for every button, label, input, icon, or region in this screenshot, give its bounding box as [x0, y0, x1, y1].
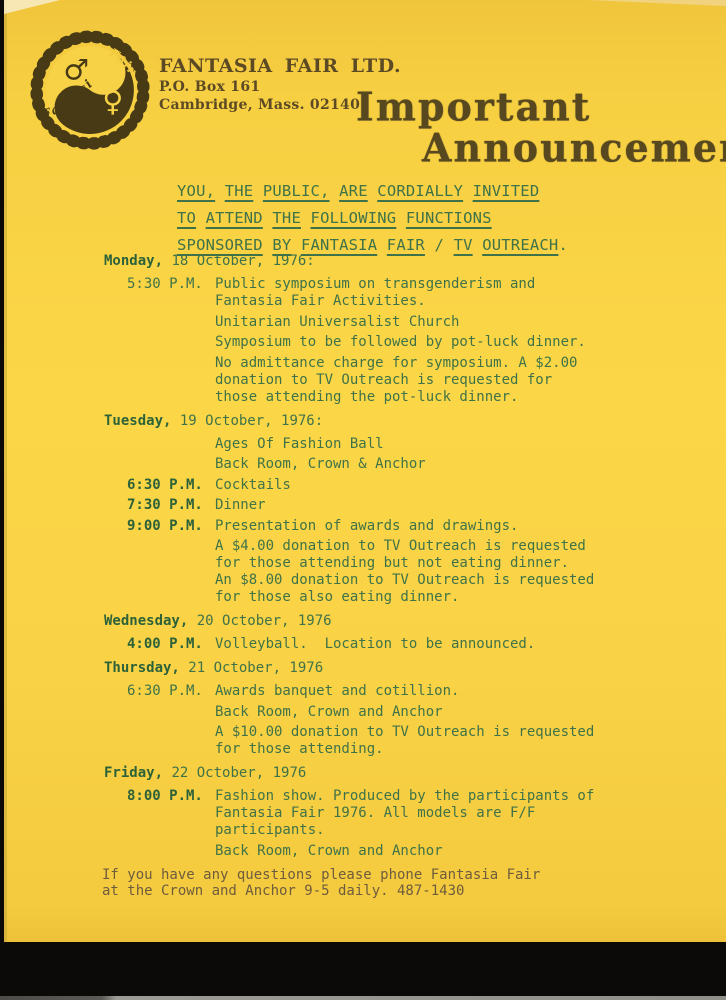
invitation-word: FAIR	[387, 236, 425, 254]
schedule-entry: Back Room, Crown and Anchor	[127, 704, 722, 721]
entry-text: Back Room, Crown and Anchor	[215, 704, 443, 721]
schedule-entry: Ages Of Fashion Ball	[127, 436, 722, 453]
schedule-entry: Symposium to be followed by pot-luck din…	[127, 334, 722, 351]
entry-time: 9:00 P.M.	[127, 518, 215, 535]
entry-time	[127, 704, 215, 721]
schedule-entry: 6:30 P.M.Awards banquet and cotillion.	[127, 683, 722, 700]
invitation-word: CORDIALLY	[377, 182, 463, 200]
invitation-line: TO ATTEND THE FOLLOWING FUNCTIONS	[177, 205, 568, 232]
entry-text-line: Presentation of awards and drawings.	[215, 518, 518, 535]
entry-text: Unitarian Universalist Church	[215, 314, 459, 331]
entry-text-line: Back Room, Crown and Anchor	[215, 704, 443, 721]
fantasia-fair-logo-icon: ♂ ♀ Fantasia Fair	[26, 30, 154, 154]
entry-text-line: A $10.00 donation to TV Outreach is requ…	[215, 724, 594, 741]
schedule-entry: 7:30 P.M.Dinner	[127, 497, 722, 514]
schedule-entry: 8:00 P.M.Fashion show. Produced by the p…	[127, 788, 722, 839]
entry-time	[127, 355, 215, 406]
entry-time	[127, 334, 215, 351]
entry-time: 6:30 P.M.	[127, 477, 215, 494]
day-name: Wednesday,	[104, 613, 188, 629]
invitation-word: SPONSORED	[177, 236, 263, 254]
day-heading: Thursday, 21 October, 1976	[104, 660, 722, 677]
day-section: Monday, 18 October, 1976:5:30 P.M.Public…	[104, 253, 722, 406]
invitation-word: .	[558, 236, 568, 254]
footer-note: If you have any questions please phone F…	[102, 867, 722, 900]
entry-time	[127, 456, 215, 473]
entry-text-line: No admittance charge for symposium. A $2…	[215, 355, 577, 372]
invitation-word: PUBLIC,	[263, 182, 330, 200]
entry-text: Fashion show. Produced by the participan…	[215, 788, 594, 839]
entry-text-line: Fashion show. Produced by the participan…	[215, 788, 594, 805]
day-date: 20 October, 1976	[188, 613, 331, 629]
entry-text-line: Fantasia Fair 1976. All models are F/F	[215, 805, 594, 822]
entry-time: 5:30 P.M.	[127, 276, 215, 310]
day-section: Wednesday, 20 October, 19764:00 P.M.Voll…	[104, 613, 722, 653]
entry-text: Ages Of Fashion Ball	[215, 436, 384, 453]
entry-time	[127, 538, 215, 606]
entry-time: 6:30 P.M.	[127, 683, 215, 700]
entry-text: Dinner	[215, 497, 266, 514]
schedule-entry: A $4.00 donation to TV Outreach is reque…	[127, 538, 722, 606]
entry-text-line: A $4.00 donation to TV Outreach is reque…	[215, 538, 594, 555]
entry-text: Awards banquet and cotillion.	[215, 683, 459, 700]
entry-text-line: donation to TV Outreach is requested for	[215, 372, 577, 389]
entry-text-line: Volleyball. Location to be announced.	[215, 636, 535, 653]
day-section: Thursday, 21 October, 19766:30 P.M.Award…	[104, 660, 722, 758]
invitation-word: THE	[225, 182, 254, 200]
entry-time	[127, 843, 215, 860]
scanner-edge	[0, 996, 726, 1000]
schedule-entry: Back Room, Crown and Anchor	[127, 843, 722, 860]
day-heading: Monday, 18 October, 1976:	[104, 253, 722, 270]
invitation-word: THE	[272, 209, 301, 227]
entry-text: Symposium to be followed by pot-luck din…	[215, 334, 586, 351]
entry-text-line: Dinner	[215, 497, 266, 514]
entry-text-line: An $8.00 donation to TV Outreach is requ…	[215, 572, 594, 589]
day-section: Tuesday, 19 October, 1976:Ages Of Fashio…	[104, 413, 722, 607]
entry-time: 4:00 P.M.	[127, 636, 215, 653]
female-symbol-icon: ♀	[102, 84, 123, 118]
invitation-text: YOU, THE PUBLIC, ARE CORDIALLY INVITEDTO…	[177, 178, 568, 259]
invitation-word: BY	[272, 236, 291, 254]
entry-text: No admittance charge for symposium. A $2…	[215, 355, 577, 406]
invitation-word: INVITED	[473, 182, 540, 200]
schedule-entry: Back Room, Crown & Anchor	[127, 456, 722, 473]
invitation-word: FANTASIA	[301, 236, 377, 254]
invitation-word: ARE	[339, 182, 368, 200]
invitation-word: TO	[177, 209, 196, 227]
entry-time: 7:30 P.M.	[127, 497, 215, 514]
entry-text: Back Room, Crown & Anchor	[215, 456, 426, 473]
entry-text-line: Back Room, Crown and Anchor	[215, 843, 443, 860]
day-name: Thursday,	[104, 660, 180, 676]
invitation-word: FUNCTIONS	[406, 209, 492, 227]
entry-time	[127, 436, 215, 453]
entry-text-line: those attending the pot-luck dinner.	[215, 389, 577, 406]
schedule-entry: Unitarian Universalist Church	[127, 314, 722, 331]
invitation-word: /	[434, 236, 444, 254]
invitation-word: TV	[454, 236, 473, 254]
day-date: 21 October, 1976	[180, 660, 323, 676]
entry-text: A $4.00 donation to TV Outreach is reque…	[215, 538, 594, 606]
entry-text: Volleyball. Location to be announced.	[215, 636, 535, 653]
entry-text: A $10.00 donation to TV Outreach is requ…	[215, 724, 594, 758]
invitation-word: OUTREACH	[482, 236, 558, 254]
scanned-flyer: ♂ ♀ Fantasia Fair FANTASIA FAIR LTD. P.O…	[0, 0, 726, 1000]
entry-text-line: Awards banquet and cotillion.	[215, 683, 459, 700]
day-heading: Wednesday, 20 October, 1976	[104, 613, 722, 630]
entry-text-line: for those attending but not eating dinne…	[215, 555, 594, 572]
day-name: Tuesday,	[104, 413, 171, 429]
schedule-entry: 4:00 P.M.Volleyball. Location to be anno…	[127, 636, 722, 653]
day-date: 18 October, 1976:	[163, 253, 315, 269]
entry-text-line: Fantasia Fair Activities.	[215, 293, 535, 310]
invitation-word: FOLLOWING	[311, 209, 397, 227]
schedule-entry: 5:30 P.M.Public symposium on transgender…	[127, 276, 722, 310]
entry-time	[127, 314, 215, 331]
entry-text: Public symposium on transgenderism andFa…	[215, 276, 535, 310]
day-heading: Tuesday, 19 October, 1976:	[104, 413, 722, 430]
day-name: Monday,	[104, 253, 163, 269]
invitation-word: ATTEND	[206, 209, 263, 227]
day-date: 22 October, 1976	[163, 765, 306, 781]
entry-time: 8:00 P.M.	[127, 788, 215, 839]
entry-text: Presentation of awards and drawings.	[215, 518, 518, 535]
entry-text-line: Back Room, Crown & Anchor	[215, 456, 426, 473]
entry-text: Cocktails	[215, 477, 291, 494]
entry-text-line: Cocktails	[215, 477, 291, 494]
company-name: FANTASIA FAIR LTD.	[159, 54, 401, 78]
schedule-entry: 6:30 P.M.Cocktails	[127, 477, 722, 494]
day-section: Friday, 22 October, 19768:00 P.M.Fashion…	[104, 765, 722, 860]
entry-text-line: for those also eating dinner.	[215, 589, 594, 606]
footer-line-2: at the Crown and Anchor 9-5 daily. 487-1…	[102, 883, 722, 900]
announcement-word-announcement: Announcement:	[422, 126, 726, 169]
schedule: Monday, 18 October, 1976:5:30 P.M.Public…	[0, 253, 722, 900]
entry-text-line: Symposium to be followed by pot-luck din…	[215, 334, 586, 351]
day-date: 19 October, 1976:	[171, 413, 323, 429]
entry-text-line: participants.	[215, 822, 594, 839]
schedule-entry: 9:00 P.M.Presentation of awards and draw…	[127, 518, 722, 535]
invitation-word: YOU,	[177, 182, 215, 200]
footer-line-1: If you have any questions please phone F…	[102, 867, 722, 884]
schedule-entry: No admittance charge for symposium. A $2…	[127, 355, 722, 406]
invitation-line: YOU, THE PUBLIC, ARE CORDIALLY INVITED	[177, 178, 568, 205]
entry-text-line: Unitarian Universalist Church	[215, 314, 459, 331]
entry-text-line: for those attending.	[215, 741, 594, 758]
entry-text: Back Room, Crown and Anchor	[215, 843, 443, 860]
entry-text-line: Public symposium on transgenderism and	[215, 276, 535, 293]
entry-time	[127, 724, 215, 758]
day-heading: Friday, 22 October, 1976	[104, 765, 722, 782]
announcement-word-important: Important	[356, 85, 726, 128]
day-name: Friday,	[104, 765, 163, 781]
schedule-entry: A $10.00 donation to TV Outreach is requ…	[127, 724, 722, 758]
entry-text-line: Ages Of Fashion Ball	[215, 436, 384, 453]
announcement-title: Important Announcement:	[356, 86, 726, 168]
